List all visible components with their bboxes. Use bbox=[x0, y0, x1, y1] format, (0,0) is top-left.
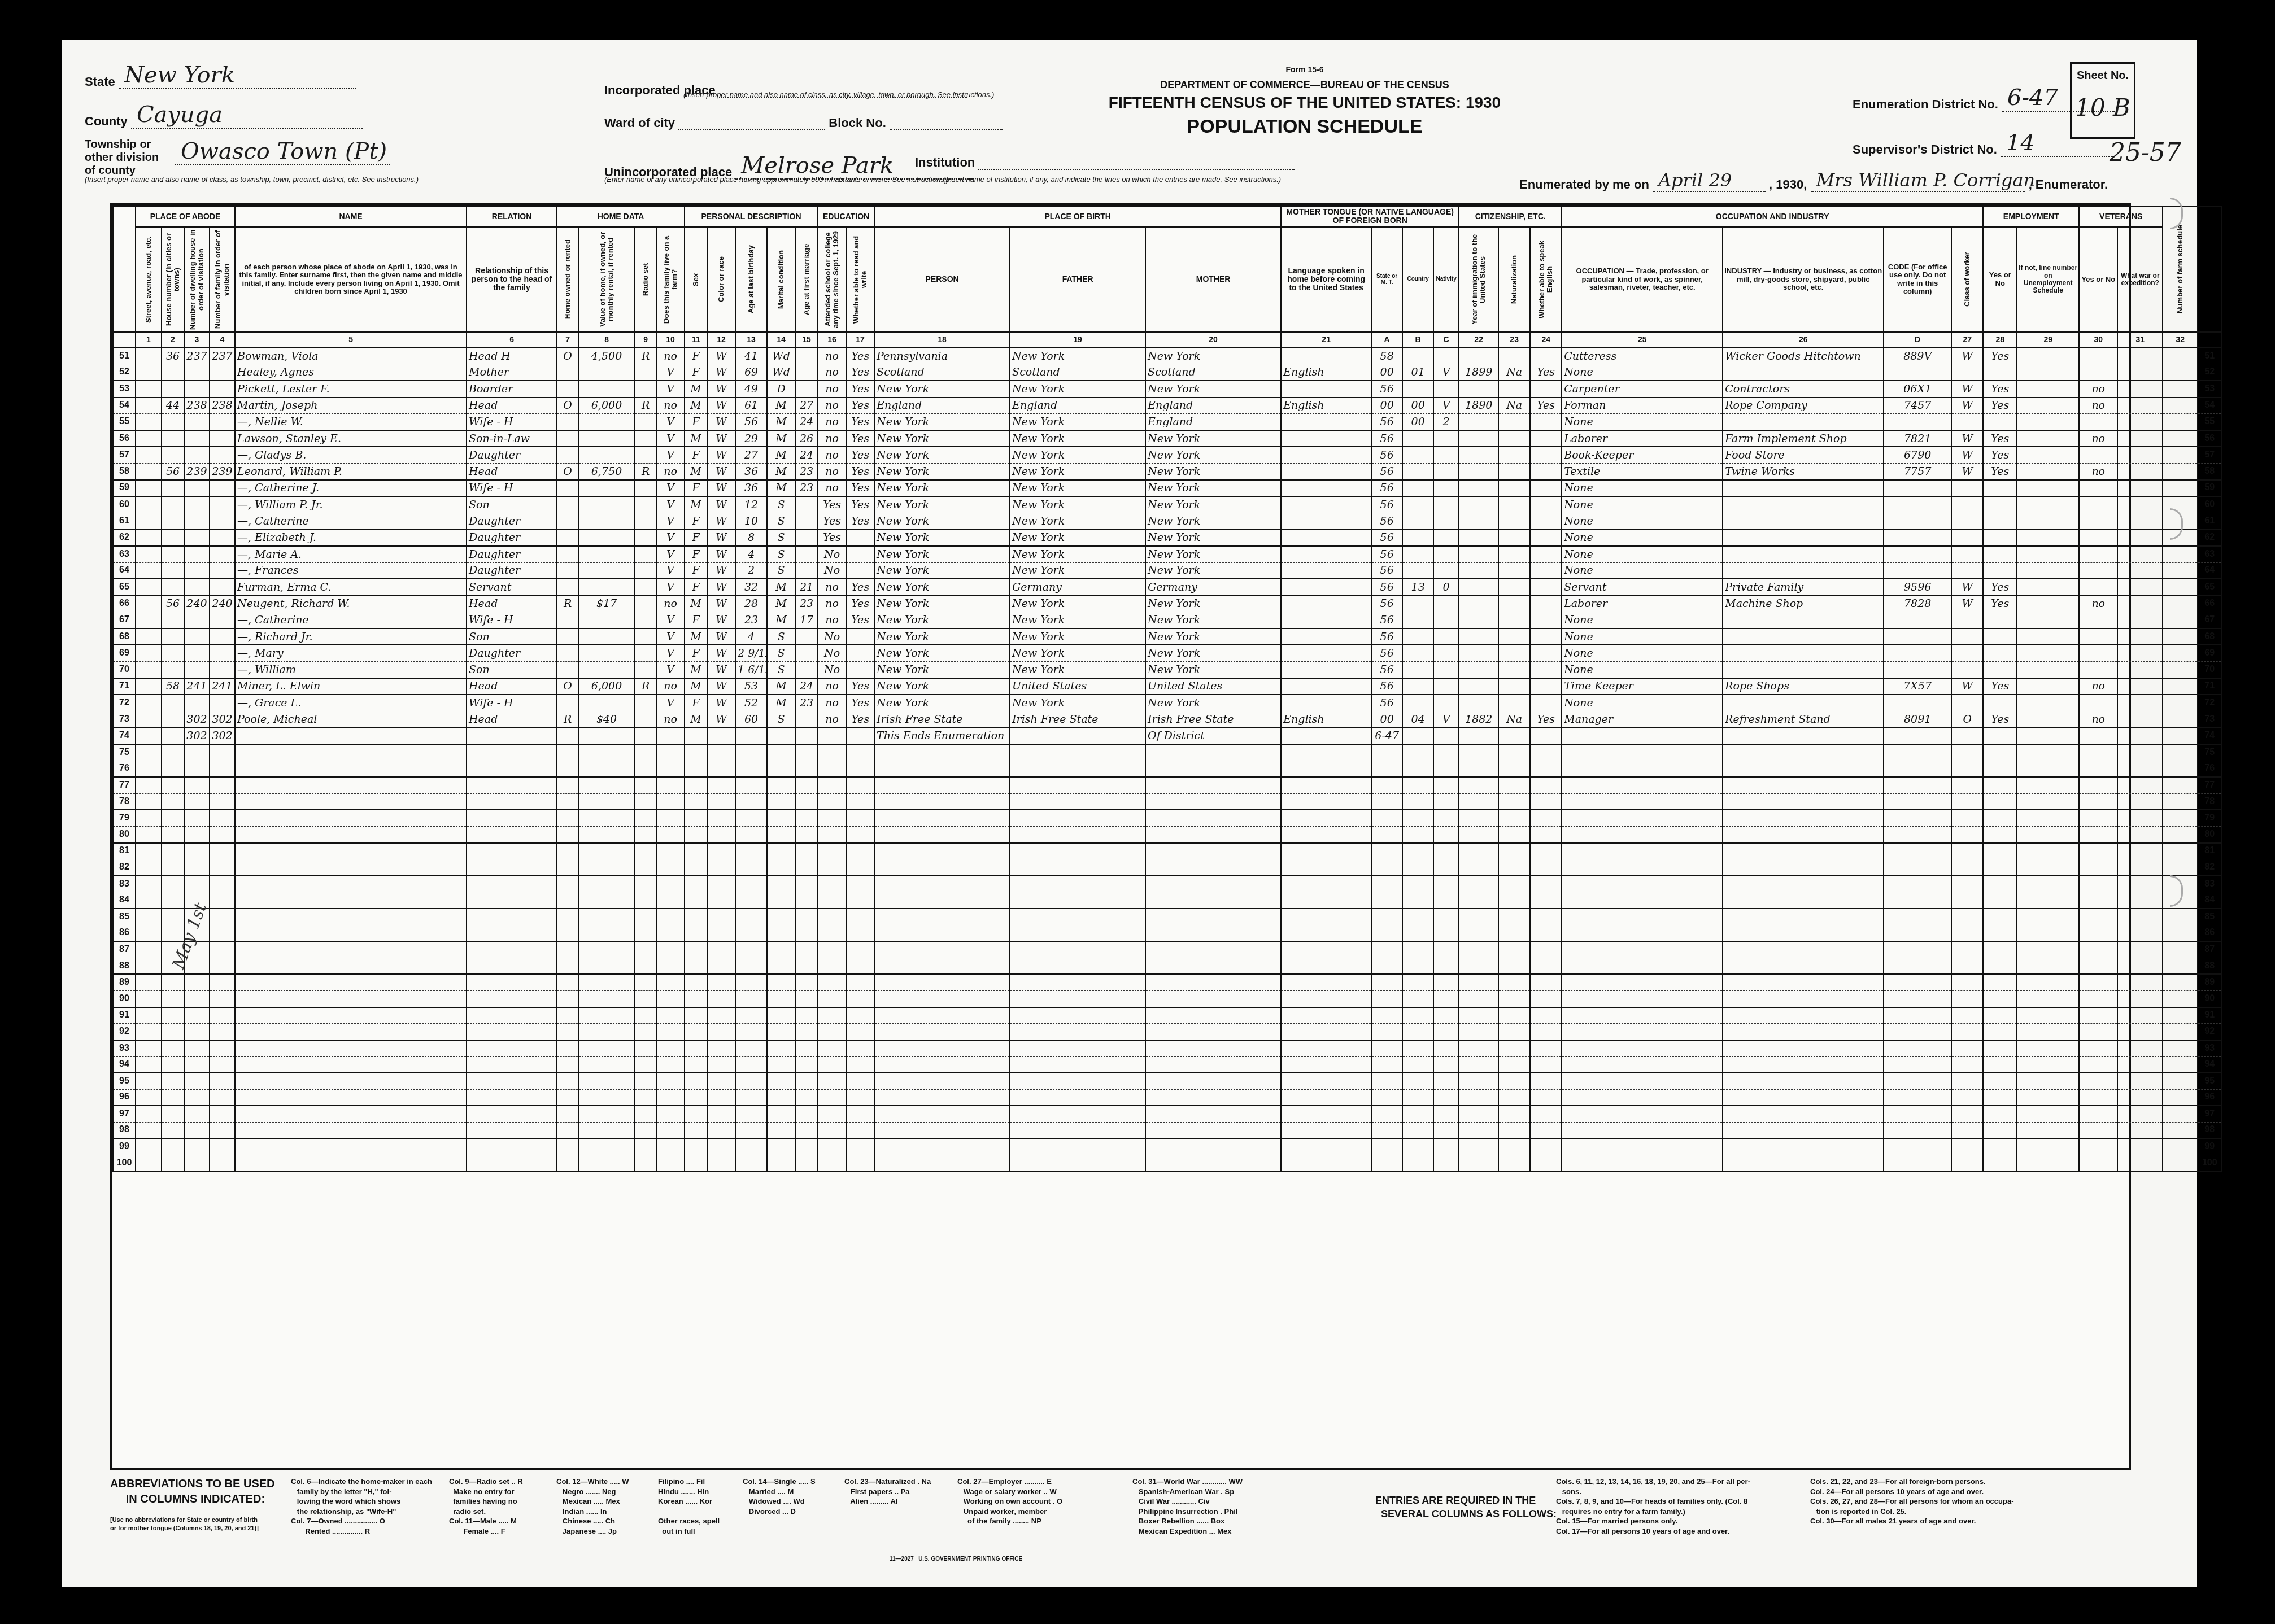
empty-cell bbox=[184, 990, 210, 1007]
cell-codeB: 04 bbox=[1402, 711, 1433, 727]
empty-cell bbox=[1723, 810, 1884, 826]
empty-cell bbox=[656, 1155, 685, 1171]
empty-cell bbox=[1951, 909, 1983, 925]
empty-cell bbox=[685, 876, 707, 892]
empty-cell bbox=[2117, 1106, 2163, 1122]
empty-cell bbox=[1145, 958, 1281, 974]
empty-cell bbox=[557, 876, 578, 892]
cell-family: 240 bbox=[210, 596, 235, 612]
empty-cell bbox=[846, 909, 874, 925]
column-number: 3 bbox=[184, 332, 210, 348]
empty-cell bbox=[136, 990, 162, 1007]
empty-cell bbox=[1884, 1073, 1951, 1089]
empty-cell bbox=[846, 1024, 874, 1040]
line-number: 55 bbox=[113, 414, 136, 430]
cell-immig bbox=[1459, 596, 1498, 612]
empty-cell bbox=[2017, 1122, 2079, 1138]
line-number: 80 bbox=[113, 827, 136, 843]
cell-unemp bbox=[2017, 463, 2079, 479]
empty-cell bbox=[2163, 941, 2198, 958]
empty-cell bbox=[1145, 827, 1281, 843]
cell-value: $40 bbox=[578, 711, 635, 727]
cell-codeC: V bbox=[1433, 711, 1459, 727]
cell-war bbox=[2117, 727, 2163, 744]
cell-marital: D bbox=[767, 381, 795, 398]
empty-cell bbox=[656, 974, 685, 990]
empty-cell bbox=[184, 793, 210, 810]
line-number: 78 bbox=[2198, 793, 2221, 810]
cell-owned bbox=[557, 414, 578, 430]
census-row: 63—, Marie A.DaughterVFW4SNoNew YorkNew … bbox=[113, 546, 2221, 562]
group-citizenship: CITIZENSHIP, ETC. bbox=[1459, 206, 1562, 227]
empty-cell bbox=[707, 974, 735, 990]
empty-cell bbox=[1498, 1040, 1530, 1057]
empty-cell bbox=[795, 777, 818, 793]
empty-cell bbox=[162, 1122, 184, 1138]
cell-unemp bbox=[2017, 596, 2079, 612]
empty-cell bbox=[1371, 1040, 1402, 1057]
empty-cell bbox=[1562, 1106, 1723, 1122]
empty-cell bbox=[1281, 761, 1371, 777]
cell-codeB: 01 bbox=[1402, 364, 1433, 381]
cell-street bbox=[136, 579, 162, 596]
empty-cell bbox=[735, 925, 767, 941]
empty-cell bbox=[2117, 1057, 2163, 1073]
empty-cell bbox=[1010, 1007, 1145, 1024]
cell-marital: M bbox=[767, 447, 795, 463]
empty-cell bbox=[767, 1089, 795, 1106]
cell-war bbox=[2117, 513, 2163, 529]
cell-english: Yes bbox=[1530, 398, 1562, 414]
cell-owned: R bbox=[557, 711, 578, 727]
empty-cell bbox=[184, 1007, 210, 1024]
cell-codeC bbox=[1433, 480, 1459, 497]
empty-cell bbox=[846, 859, 874, 876]
empty-cell bbox=[1562, 793, 1723, 810]
empty-cell bbox=[1371, 1073, 1402, 1089]
column-number: B bbox=[1402, 332, 1433, 348]
line-number: 59 bbox=[2198, 480, 2221, 497]
empty-cell bbox=[467, 1106, 557, 1122]
col-9-header: Radio set bbox=[635, 227, 656, 332]
empty-cell bbox=[1983, 941, 2017, 958]
cell-codeA: 56 bbox=[1371, 678, 1402, 695]
cell-name: Miner, L. Elwin bbox=[235, 678, 467, 695]
empty-cell bbox=[1951, 761, 1983, 777]
cell-radio bbox=[635, 496, 656, 513]
empty-cell bbox=[235, 843, 467, 859]
empty-cell bbox=[1010, 1138, 1145, 1155]
empty-cell bbox=[1983, 1155, 2017, 1171]
empty-cell bbox=[874, 1057, 1010, 1073]
cell-vet: no bbox=[2079, 678, 2117, 695]
cell-age-marriage: 24 bbox=[795, 447, 818, 463]
cell-birth-father: New York bbox=[1010, 430, 1145, 447]
cell-english bbox=[1530, 381, 1562, 398]
cell-birth-person: New York bbox=[874, 480, 1010, 497]
empty-cell bbox=[557, 990, 578, 1007]
empty-cell bbox=[685, 1057, 707, 1073]
cell-codeB bbox=[1402, 562, 1433, 579]
empty-cell bbox=[557, 1138, 578, 1155]
cell-industry bbox=[1723, 645, 1884, 661]
line-number: 66 bbox=[2198, 596, 2221, 612]
cell-codeD bbox=[1884, 645, 1951, 661]
cell-house bbox=[162, 645, 184, 661]
cell-dwelling: 237 bbox=[184, 348, 210, 364]
cell-relation: Head H bbox=[467, 348, 557, 364]
empty-cell bbox=[467, 744, 557, 761]
cell-radio bbox=[635, 513, 656, 529]
empty-cell bbox=[1371, 1007, 1402, 1024]
cell-work: Yes bbox=[1983, 430, 2017, 447]
empty-cell bbox=[767, 1024, 795, 1040]
empty-cell bbox=[210, 990, 235, 1007]
empty-cell bbox=[467, 925, 557, 941]
empty-cell bbox=[2163, 843, 2198, 859]
empty-cell bbox=[707, 793, 735, 810]
empty-cell bbox=[818, 859, 846, 876]
empty-cell bbox=[1145, 1089, 1281, 1106]
col-23-header: Naturalization bbox=[1498, 227, 1530, 332]
cell-codeC bbox=[1433, 348, 1459, 364]
cell-race: W bbox=[707, 529, 735, 546]
empty-cell bbox=[818, 827, 846, 843]
cell-farm-sched bbox=[2163, 430, 2198, 447]
empty-cell bbox=[795, 1122, 818, 1138]
column-number: 9 bbox=[635, 332, 656, 348]
empty-cell bbox=[1530, 777, 1562, 793]
cell-owned bbox=[557, 513, 578, 529]
cell-read bbox=[846, 662, 874, 678]
cell-age: 41 bbox=[735, 348, 767, 364]
empty-cell bbox=[2117, 892, 2163, 909]
cell-occupation: Textile bbox=[1562, 463, 1723, 479]
cell-language bbox=[1281, 579, 1371, 596]
institution-hint: (Insert name of institution, if any, and… bbox=[943, 175, 1281, 184]
cell-age-marriage bbox=[795, 727, 818, 744]
empty-cell bbox=[707, 843, 735, 859]
cell-relation: Wife - H bbox=[467, 695, 557, 711]
col-25-header: OCCUPATION — Trade, profession, or parti… bbox=[1562, 227, 1723, 332]
empty-cell bbox=[1951, 1024, 1983, 1040]
empty-cell bbox=[1951, 1007, 1983, 1024]
empty-cell bbox=[1562, 1122, 1723, 1138]
cell-marital: S bbox=[767, 711, 795, 727]
empty-cell bbox=[210, 744, 235, 761]
cell-war bbox=[2117, 381, 2163, 398]
empty-cell bbox=[656, 761, 685, 777]
cell-industry: Twine Works bbox=[1723, 463, 1884, 479]
empty-cell bbox=[1433, 1007, 1459, 1024]
cell-codeB bbox=[1402, 496, 1433, 513]
census-row-blank: 9696 bbox=[113, 1089, 2221, 1106]
empty-cell bbox=[2117, 761, 2163, 777]
cell-industry: Rope Shops bbox=[1723, 678, 1884, 695]
empty-cell bbox=[1459, 1040, 1498, 1057]
empty-cell bbox=[795, 1138, 818, 1155]
cell-relation: Son bbox=[467, 496, 557, 513]
cell-farm-sched bbox=[2163, 381, 2198, 398]
census-row-blank: 9393 bbox=[113, 1040, 2221, 1057]
empty-cell bbox=[1459, 744, 1498, 761]
cell-codeC: V bbox=[1433, 398, 1459, 414]
empty-cell bbox=[578, 974, 635, 990]
cell-vet bbox=[2079, 447, 2117, 463]
col-22-header: Year of immigration to the United States bbox=[1459, 227, 1498, 332]
cell-farm-sched bbox=[2163, 480, 2198, 497]
cell-age: 52 bbox=[735, 695, 767, 711]
empty-cell bbox=[685, 1138, 707, 1155]
empty-cell bbox=[235, 974, 467, 990]
empty-cell bbox=[210, 827, 235, 843]
abbrev-col14: Col. 14—Single ..... S Married .... M Wi… bbox=[743, 1477, 816, 1516]
line-number: 81 bbox=[113, 843, 136, 859]
cell-name: —, Marie A. bbox=[235, 546, 467, 562]
line-number: 90 bbox=[113, 990, 136, 1007]
empty-cell bbox=[656, 1073, 685, 1089]
cell-occupation: None bbox=[1562, 562, 1723, 579]
cell-radio bbox=[635, 562, 656, 579]
empty-cell bbox=[1562, 909, 1723, 925]
cell-relation: Mother bbox=[467, 364, 557, 381]
cell-family bbox=[210, 496, 235, 513]
sheet-number-box: Sheet No. 10 B bbox=[2070, 62, 2135, 139]
empty-cell bbox=[210, 777, 235, 793]
cell-codeB bbox=[1402, 662, 1433, 678]
census-row: 74302302This Ends EnumerationOf District… bbox=[113, 727, 2221, 744]
census-row-blank: 7979 bbox=[113, 810, 2221, 826]
empty-cell bbox=[2163, 1155, 2198, 1171]
empty-cell bbox=[656, 1122, 685, 1138]
cell-school: No bbox=[818, 628, 846, 645]
cell-codeC bbox=[1433, 447, 1459, 463]
cell-marital: S bbox=[767, 562, 795, 579]
empty-cell bbox=[656, 793, 685, 810]
empty-cell bbox=[767, 827, 795, 843]
col-18-header: PERSON bbox=[874, 227, 1010, 332]
empty-cell bbox=[1498, 761, 1530, 777]
cell-codeB bbox=[1402, 513, 1433, 529]
empty-cell bbox=[1951, 1073, 1983, 1089]
empty-cell bbox=[1951, 793, 1983, 810]
census-row: 57—, Gladys B.DaughterVFW27M24noYesNew Y… bbox=[113, 447, 2221, 463]
empty-cell bbox=[2017, 1089, 2079, 1106]
empty-cell bbox=[735, 777, 767, 793]
cell-race: W bbox=[707, 430, 735, 447]
col-17-header: Whether able to read and write bbox=[846, 227, 874, 332]
cell-language: English bbox=[1281, 711, 1371, 727]
empty-cell bbox=[210, 843, 235, 859]
cell-codeB bbox=[1402, 628, 1433, 645]
cell-industry bbox=[1723, 546, 1884, 562]
cell-occupation: None bbox=[1562, 496, 1723, 513]
empty-cell bbox=[235, 925, 467, 941]
col-2-header: House number (in cities or towns) bbox=[162, 227, 184, 332]
cell-sex: F bbox=[685, 529, 707, 546]
cell-farm-sched bbox=[2163, 496, 2198, 513]
cell-birth-mother: New York bbox=[1145, 513, 1281, 529]
empty-cell bbox=[795, 1057, 818, 1073]
column-number: 22 bbox=[1459, 332, 1498, 348]
empty-cell bbox=[210, 1057, 235, 1073]
cell-vet bbox=[2079, 695, 2117, 711]
empty-cell bbox=[1983, 793, 2017, 810]
cell-school: no bbox=[818, 414, 846, 430]
empty-cell bbox=[707, 827, 735, 843]
cell-read bbox=[846, 645, 874, 661]
empty-cell bbox=[656, 810, 685, 826]
empty-cell bbox=[2017, 1073, 2079, 1089]
empty-cell bbox=[162, 1057, 184, 1073]
empty-cell bbox=[2017, 1106, 2079, 1122]
cell-owned bbox=[557, 480, 578, 497]
cell-dwelling bbox=[184, 480, 210, 497]
empty-cell bbox=[1723, 925, 1884, 941]
cell-owned bbox=[557, 645, 578, 661]
cell-house bbox=[162, 662, 184, 678]
empty-cell bbox=[2017, 793, 2079, 810]
cell-farm-sched bbox=[2163, 612, 2198, 628]
cell-house bbox=[162, 546, 184, 562]
cell-birth-person: New York bbox=[874, 463, 1010, 479]
empty-cell bbox=[767, 1122, 795, 1138]
empty-cell bbox=[1562, 744, 1723, 761]
empty-cell bbox=[578, 827, 635, 843]
cell-industry: Food Store bbox=[1723, 447, 1884, 463]
empty-cell bbox=[1459, 761, 1498, 777]
line-number: 67 bbox=[113, 612, 136, 628]
empty-cell bbox=[767, 761, 795, 777]
empty-cell bbox=[1145, 1155, 1281, 1171]
empty-cell bbox=[735, 1122, 767, 1138]
cell-codeD bbox=[1884, 727, 1951, 744]
empty-cell bbox=[1459, 1057, 1498, 1073]
line-number: 77 bbox=[113, 777, 136, 793]
cell-english bbox=[1530, 430, 1562, 447]
cell-vet: no bbox=[2079, 711, 2117, 727]
cell-industry bbox=[1723, 529, 1884, 546]
empty-cell bbox=[685, 777, 707, 793]
empty-cell bbox=[656, 777, 685, 793]
census-row-blank: 9292 bbox=[113, 1024, 2221, 1040]
cell-birth-father: New York bbox=[1010, 612, 1145, 628]
line-number: 87 bbox=[113, 941, 136, 958]
line-number: 72 bbox=[2198, 695, 2221, 711]
cell-value: 6,000 bbox=[578, 678, 635, 695]
empty-cell bbox=[818, 925, 846, 941]
col-15-header: Age at first marriage bbox=[795, 227, 818, 332]
cell-industry bbox=[1723, 612, 1884, 628]
cell-sex: M bbox=[685, 711, 707, 727]
col-27-header: Class of worker bbox=[1951, 227, 1983, 332]
empty-cell bbox=[1010, 909, 1145, 925]
empty-cell bbox=[184, 1073, 210, 1089]
cell-birth-person: New York bbox=[874, 678, 1010, 695]
empty-cell bbox=[1983, 843, 2017, 859]
empty-cell bbox=[1281, 1040, 1371, 1057]
cell-language: English bbox=[1281, 364, 1371, 381]
group-mother-tongue: MOTHER TONGUE (OR NATIVE LANGUAGE) OF FO… bbox=[1281, 206, 1459, 227]
cell-codeB: 00 bbox=[1402, 398, 1433, 414]
empty-cell bbox=[1884, 1007, 1951, 1024]
cell-language bbox=[1281, 695, 1371, 711]
empty-cell bbox=[210, 1073, 235, 1089]
empty-cell bbox=[1010, 761, 1145, 777]
empty-cell bbox=[162, 1106, 184, 1122]
empty-cell bbox=[1145, 892, 1281, 909]
empty-cell bbox=[1530, 1057, 1562, 1073]
empty-cell bbox=[735, 974, 767, 990]
empty-cell bbox=[1459, 1155, 1498, 1171]
empty-cell bbox=[210, 1155, 235, 1171]
empty-cell bbox=[1010, 1106, 1145, 1122]
cell-unemp bbox=[2017, 529, 2079, 546]
empty-cell bbox=[162, 761, 184, 777]
cell-codeC bbox=[1433, 612, 1459, 628]
empty-cell bbox=[656, 827, 685, 843]
cell-immig bbox=[1459, 414, 1498, 430]
empty-cell bbox=[635, 1138, 656, 1155]
cell-codeC bbox=[1433, 662, 1459, 678]
line-number: 67 bbox=[2198, 612, 2221, 628]
empty-cell bbox=[136, 958, 162, 974]
empty-cell bbox=[1145, 1073, 1281, 1089]
cell-relation: Head bbox=[467, 678, 557, 695]
cell-relation: Wife - H bbox=[467, 414, 557, 430]
line-number: 91 bbox=[2198, 1007, 2221, 1024]
empty-cell bbox=[874, 1024, 1010, 1040]
empty-cell bbox=[767, 1057, 795, 1073]
cell-house bbox=[162, 381, 184, 398]
cell-natur bbox=[1498, 496, 1530, 513]
cell-sex: F bbox=[685, 480, 707, 497]
empty-cell bbox=[795, 810, 818, 826]
cell-vet bbox=[2079, 662, 2117, 678]
empty-cell bbox=[1498, 1073, 1530, 1089]
empty-cell bbox=[846, 974, 874, 990]
empty-cell bbox=[162, 810, 184, 826]
empty-cell bbox=[2163, 925, 2198, 941]
empty-cell bbox=[557, 1007, 578, 1024]
cell-age-marriage bbox=[795, 513, 818, 529]
cell-codeD bbox=[1884, 364, 1951, 381]
cell-immig: 1899 bbox=[1459, 364, 1498, 381]
line-number: 62 bbox=[113, 529, 136, 546]
cell-codeB bbox=[1402, 381, 1433, 398]
empty-cell bbox=[656, 892, 685, 909]
cell-read bbox=[846, 546, 874, 562]
empty-cell bbox=[2079, 777, 2117, 793]
cell-farm: V bbox=[656, 381, 685, 398]
cell-race: W bbox=[707, 678, 735, 695]
abbrev-col23: Col. 23—Naturalized . Na First papers ..… bbox=[844, 1477, 931, 1507]
empty-cell bbox=[1433, 810, 1459, 826]
empty-cell bbox=[2117, 909, 2163, 925]
cell-birth-father: New York bbox=[1010, 381, 1145, 398]
cell-war bbox=[2117, 364, 2163, 381]
cell-race: W bbox=[707, 447, 735, 463]
sheet-value: 10 B bbox=[2072, 94, 2134, 121]
empty-cell bbox=[210, 1122, 235, 1138]
census-row: 6656240240Neugent, Richard W.HeadR$17noM… bbox=[113, 596, 2221, 612]
cell-class bbox=[1951, 414, 1983, 430]
cell-age: 2 9/12 bbox=[735, 645, 767, 661]
cell-age-marriage bbox=[795, 364, 818, 381]
enumerator-label: , Enumerator. bbox=[2029, 177, 2108, 191]
cell-farm: V bbox=[656, 628, 685, 645]
cell-language: English bbox=[1281, 398, 1371, 414]
